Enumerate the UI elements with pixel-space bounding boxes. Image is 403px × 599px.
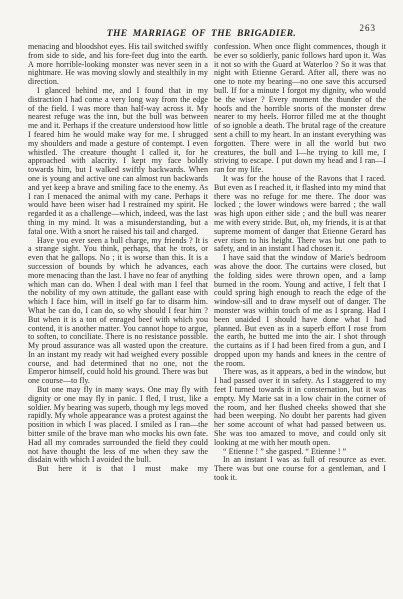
paragraph: I have said that the window of Marie's b… bbox=[214, 254, 386, 368]
running-header: THE MARRIAGE OF THE BRIGADIER. 263 bbox=[0, 23, 403, 41]
paragraph: But one may fly in many ways. One may fl… bbox=[28, 386, 208, 465]
book-page: THE MARRIAGE OF THE BRIGADIER. 263 menac… bbox=[0, 0, 403, 599]
paragraph: There was, as it appears, a bed in the w… bbox=[214, 368, 386, 447]
paragraph: menacing and bloodshot eyes. His tail sw… bbox=[28, 43, 208, 87]
paragraph: But here it is that I must make my bbox=[28, 465, 208, 474]
paragraph: I glanced behind me, and I found that in… bbox=[28, 87, 208, 237]
text-columns: menacing and bloodshot eyes. His tail sw… bbox=[28, 43, 386, 483]
paragraph: confession. When once flight commences, … bbox=[214, 43, 386, 175]
paragraph: Have you ever seen a bull charge, my fri… bbox=[28, 237, 208, 387]
paragraph: It was for the house of the Ravons that … bbox=[214, 175, 386, 254]
right-column: confession. When once flight commences, … bbox=[214, 43, 386, 483]
running-title: THE MARRIAGE OF THE BRIGADIER. bbox=[107, 29, 296, 39]
paragraph: In an instant I was as full of resource … bbox=[214, 456, 386, 482]
left-column: menacing and bloodshot eyes. His tail sw… bbox=[28, 43, 208, 483]
page-number: 263 bbox=[360, 23, 377, 33]
